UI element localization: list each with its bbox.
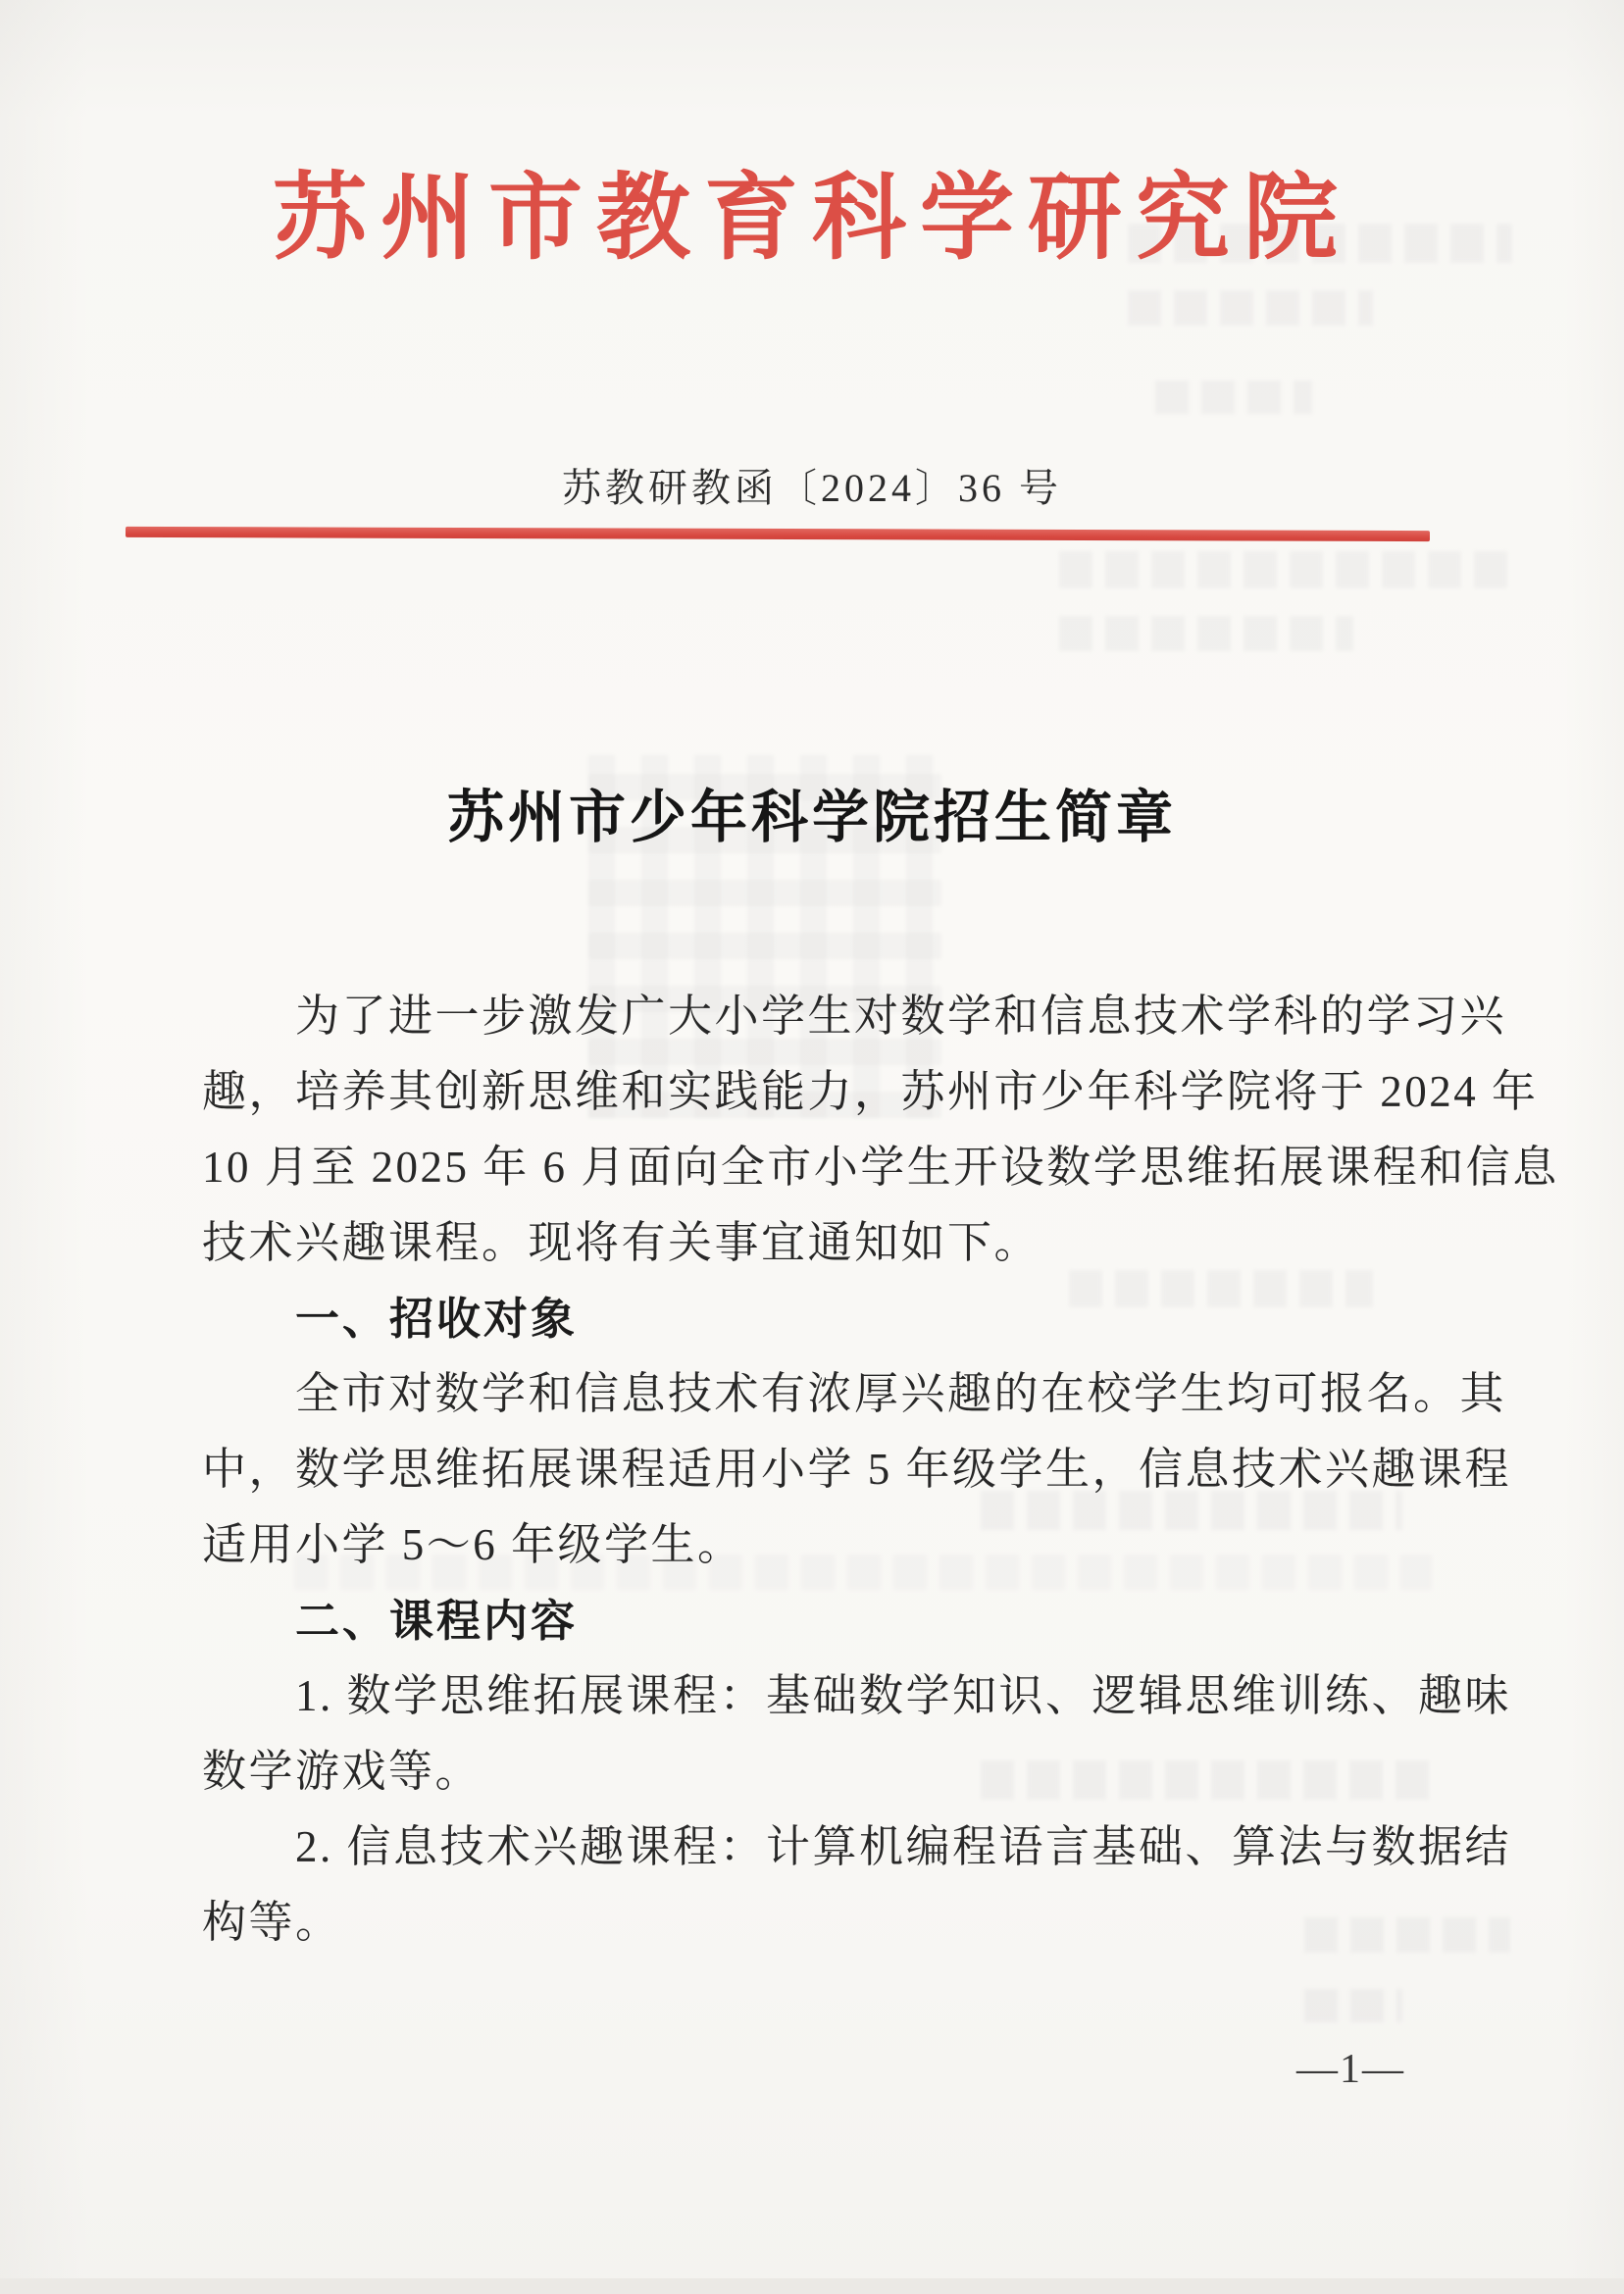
body-line: 全市对数学和信息技术有浓厚兴趣的在校学生均可报名。其 [202,1356,1467,1432]
body-line: 中，数学思维拓展课程适用小学 5 年级学生，信息技术兴趣课程 [202,1432,1467,1507]
scan-bottom-edge [0,2278,1624,2294]
bleedthrough-text-block [1128,290,1373,326]
letterhead-org-title: 苏州市教育科学研究院 [0,143,1624,278]
document-title: 苏州市少年科学院招生简章 [0,771,1624,853]
bleedthrough-text-block [1304,1989,1402,2022]
document-body: 为了进一步激发广大小学生对数学和信息技术学科的学习兴 趣，培养其创新思维和实践能… [202,979,1467,1961]
body-line: 为了进一步激发广大小学生对数学和信息技术学科的学习兴 [202,979,1467,1054]
section-heading: 二、课程内容 [202,1583,1467,1658]
page-number: —1— [1296,2046,1405,2093]
body-line: 2. 信息技术兴趣课程：计算机编程语言基础、算法与数据结 [202,1810,1467,1885]
body-line: 10 月至 2025 年 6 月面向全市小学生开设数学思维拓展课程和信息 [202,1130,1467,1205]
body-line: 数学游戏等。 [202,1734,1467,1810]
bleedthrough-text-block [1059,551,1510,588]
document-number: 苏教研教函〔2024〕36 号 [0,457,1624,513]
section-heading: 一、招收对象 [202,1281,1467,1356]
body-line: 趣，培养其创新思维和实践能力，苏州市少年科学院将于 2024 年 [202,1054,1467,1130]
body-line: 适用小学 5～6 年级学生。 [202,1507,1467,1583]
body-line: 构等。 [202,1885,1467,1961]
bleedthrough-text-block [1059,616,1353,651]
body-line: 1. 数学思维拓展课程：基础数学知识、逻辑思维训练、趣味 [202,1658,1467,1734]
body-line: 技术兴趣课程。现将有关事宜通知如下。 [202,1205,1467,1281]
scanned-document-page: 苏州市教育科学研究院 苏教研教函〔2024〕36 号 苏州市少年科学院招生简章 … [0,0,1624,2294]
red-divider-line [126,527,1430,541]
bleedthrough-text-block [1155,381,1312,414]
